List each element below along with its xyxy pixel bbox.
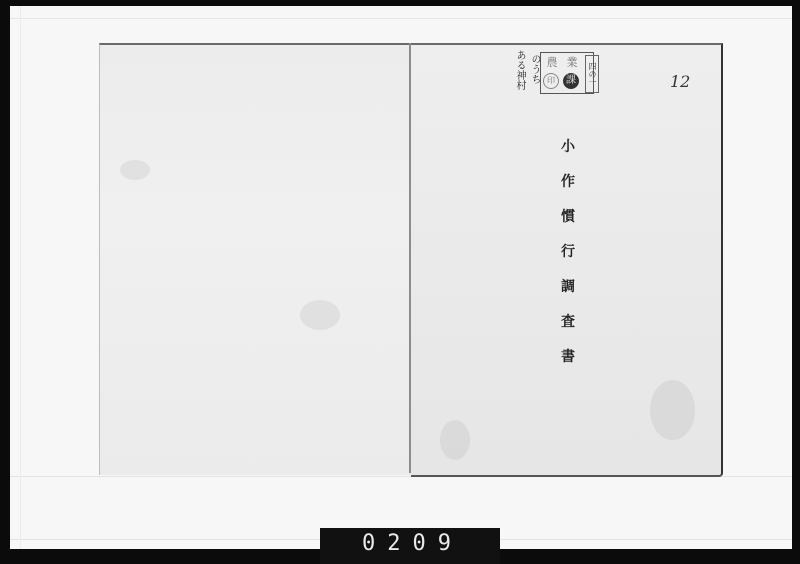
paper-stain: [440, 420, 470, 460]
title-char: 書: [556, 340, 580, 375]
left-page-back-cover: [99, 43, 411, 475]
title-char: 慣: [556, 200, 580, 235]
title-char: 行: [556, 235, 580, 270]
handwritten-page-number: 12: [670, 72, 690, 91]
paper-stain: [120, 160, 150, 180]
title-char: 小: [556, 130, 580, 165]
paper-stain: [300, 300, 340, 330]
frame-counter-digits: 0209: [362, 531, 463, 556]
handwritten-annotation: ある神村: [512, 50, 527, 90]
title-char: 査: [556, 305, 580, 340]
book-spine: [409, 43, 411, 473]
paper-stain: [650, 380, 695, 440]
stamp-char: 印: [543, 73, 559, 89]
stamp-char: 農: [543, 54, 561, 72]
stamp-char: 業: [563, 54, 581, 72]
stamp-side-label: 四の一: [585, 55, 599, 93]
frame-guide-line: [10, 18, 792, 19]
title-char: 調: [556, 270, 580, 305]
frame-guide-line: [20, 6, 21, 549]
document-title: 小 作 慣 行 調 査 書: [556, 130, 580, 375]
stamp-char: 課: [563, 73, 579, 89]
title-char: 作: [556, 165, 580, 200]
